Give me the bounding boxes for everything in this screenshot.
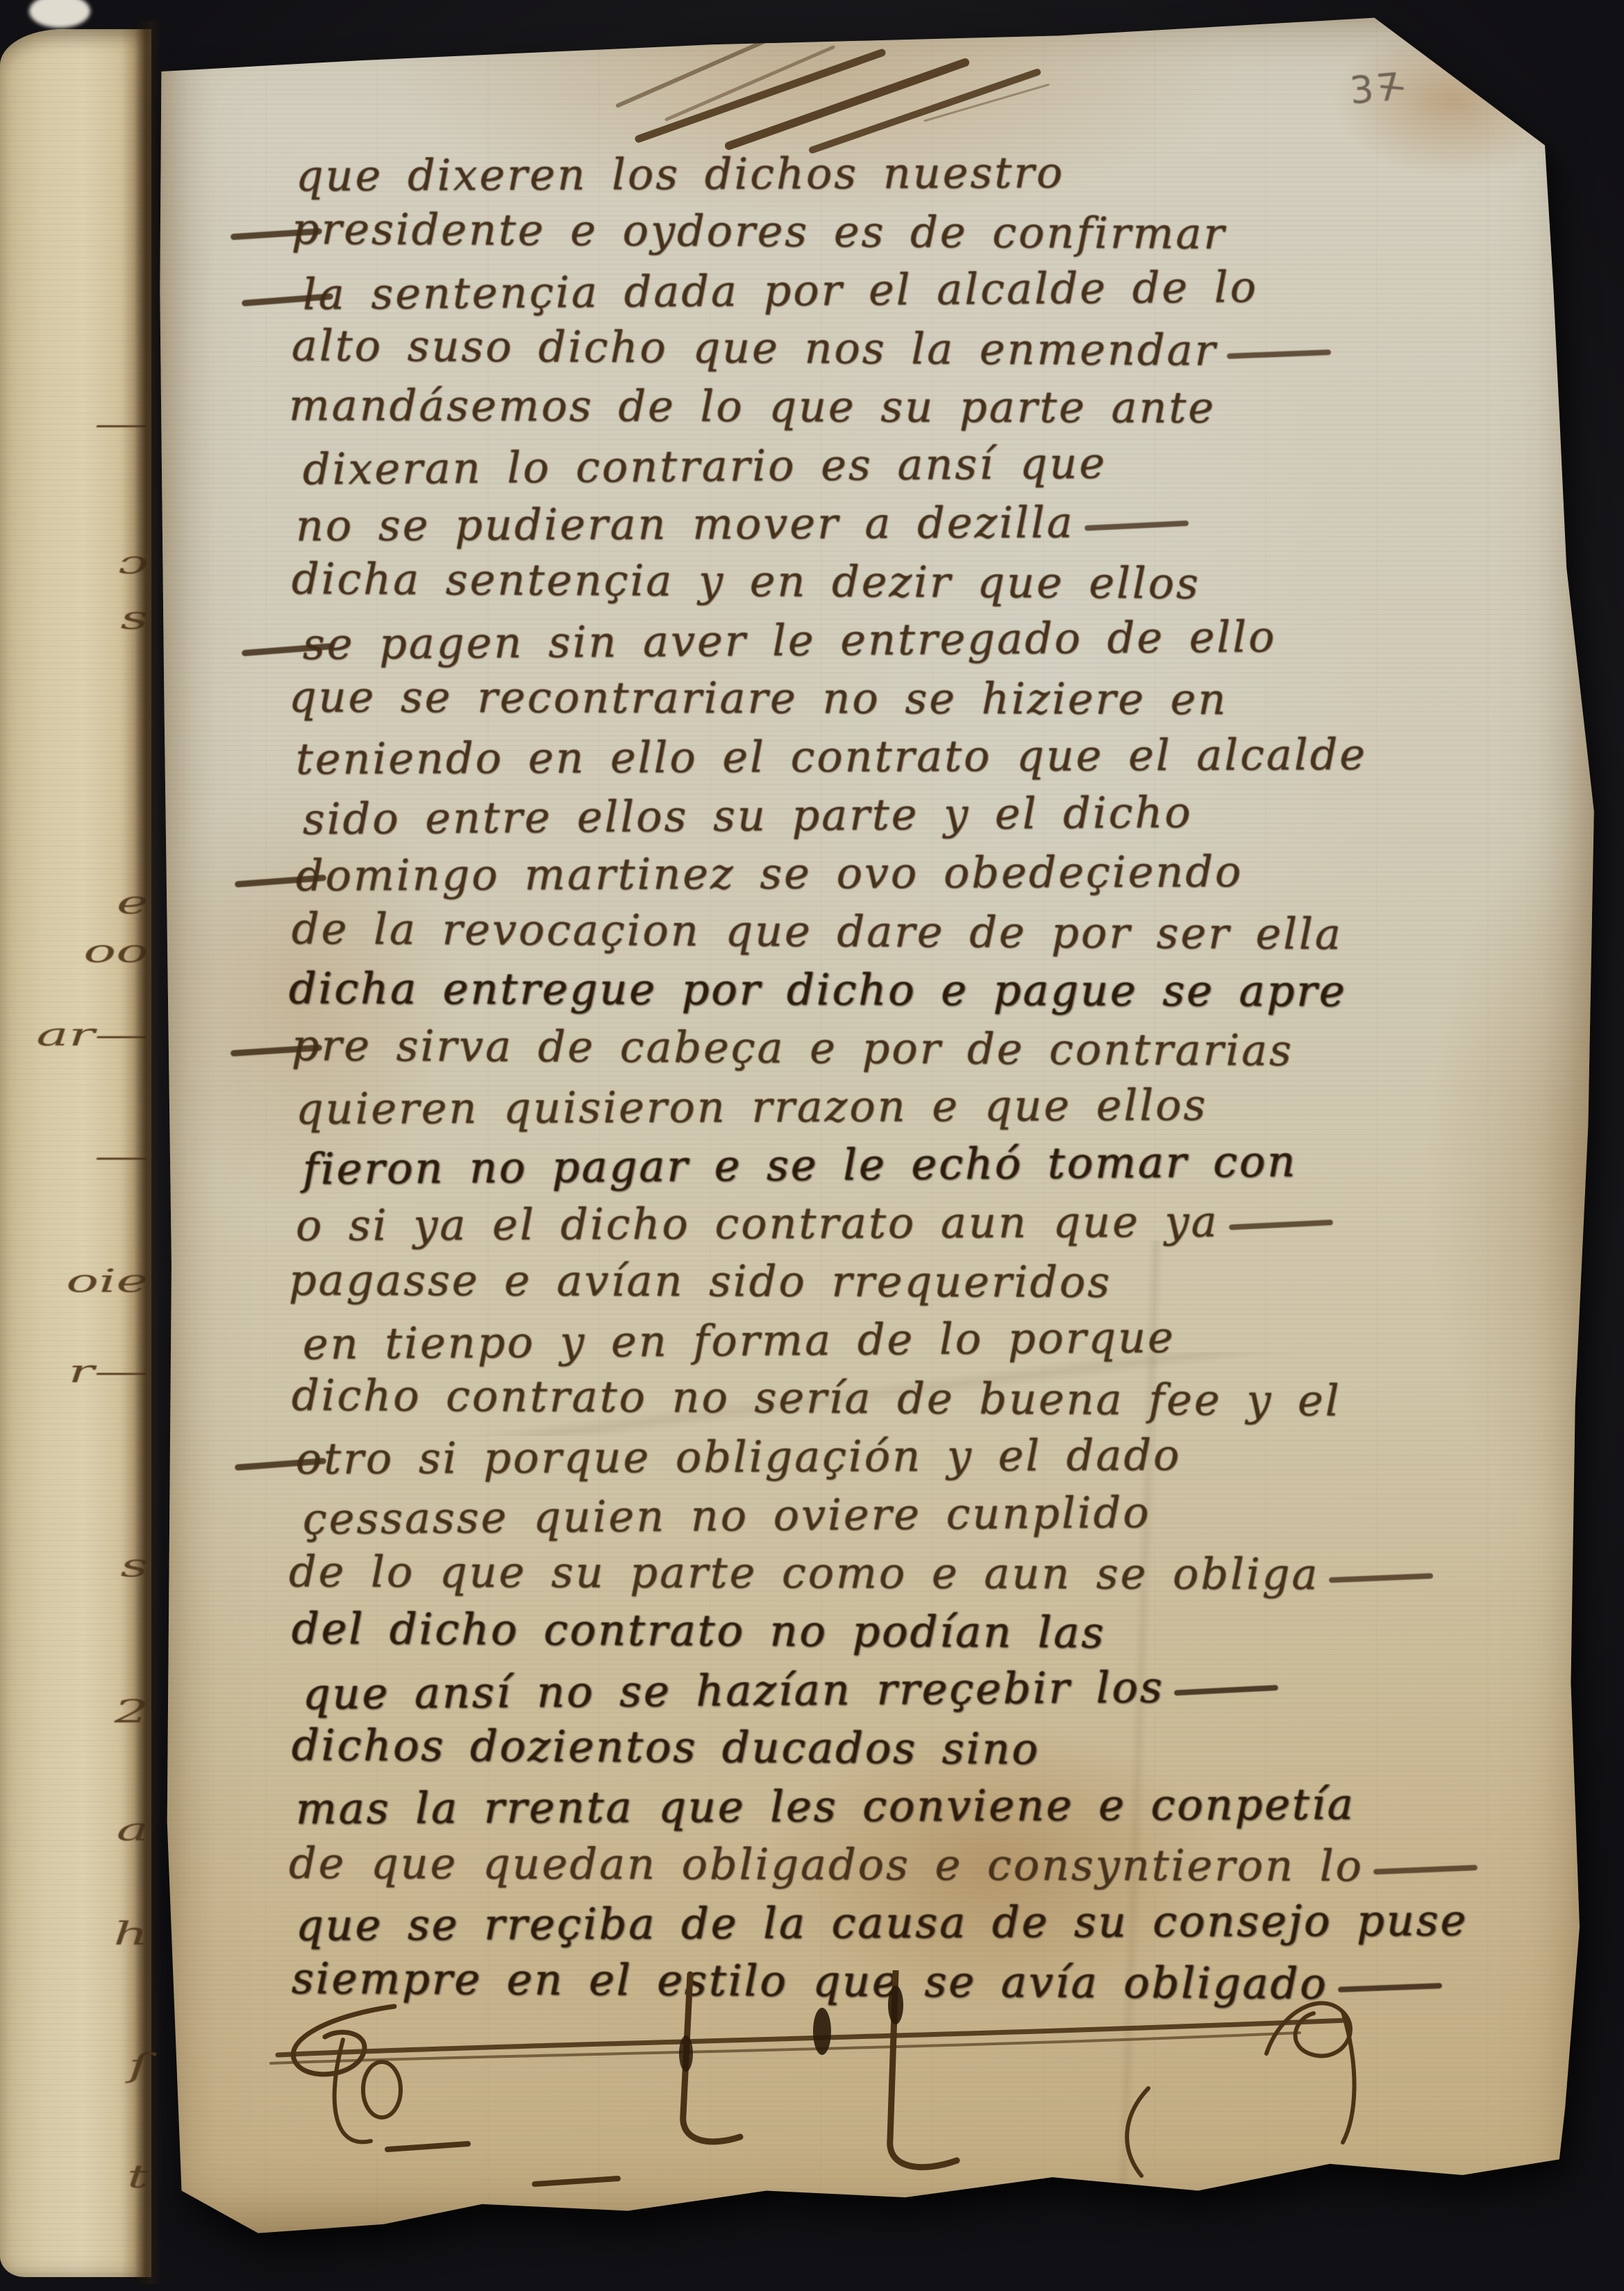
text-line: dichos dozientos ducados sino [292,1720,1409,1784]
text-line-content: domingo martinez se ovo obedeçiendo [296,846,1244,901]
line-tail-flourish [1084,520,1188,530]
text-line-content: fieron no pagar e se le echó tomar con [303,1136,1298,1194]
text-line-content: alto suso dicho que nos la enmendar [292,320,1218,376]
facing-page-fragment: — [94,1140,149,1172]
text-line: que dixeren los dichos nuestro [296,145,1414,208]
diagonal-cancellation-marks-icon [598,17,1057,156]
text-line-content: de lo que su parte como e aun se obliga [289,1546,1320,1600]
facing-page-fragment: 2 [114,1695,149,1727]
facing-page-fragment: t [127,2160,149,2192]
text-line-content: del dicho contrato no podían las [292,1603,1106,1658]
text-line-content: mas la rrenta que les conviene e conpetí… [296,1779,1355,1834]
folio-number: 37 [1348,65,1405,112]
text-line-content: la sentençia dada por el alcalde de lo [303,261,1258,319]
text-line-content: çessasse quien no oviere cunplido [303,1487,1151,1545]
facing-page-fragment: h [114,1917,149,1949]
facing-page-edge: —ɔseooar——oier—s2ahſt [0,29,151,2277]
facing-page-fragment: a [116,1813,149,1845]
text-line: pagasse e avían sido rrequeridos [289,1254,1407,1316]
line-tail-flourish [1329,1573,1433,1583]
facing-page-fragment: s [121,1550,149,1581]
text-line-content: se pagen sin aver le entregado de ello [303,611,1277,669]
facing-page-fragment: oie [67,1265,149,1297]
facing-page-fragment: — [94,408,149,439]
text-line: domingo martinez se ovo obedeçiendo [296,845,1414,908]
text-line-content: mandásemos de lo que su parte ante [289,380,1216,433]
text-line-content: de que quedan obligados e consyntieron l… [289,1838,1364,1891]
text-line: en tienpo y en forma de lo porque [303,1310,1421,1377]
text-line: o si ya el dicho contrato aun que ya [296,1195,1414,1258]
text-block: que dixeren los dichos nuestropresidente… [292,148,1409,2014]
text-line: que se rreçiba de la causa de su consejo… [296,1895,1414,1958]
text-line: pre sirva de cabeça e por de contrarias [292,1020,1409,1084]
text-line-content: en tienpo y en forma de lo porque [303,1311,1175,1369]
text-line: de lo que su parte como e aun se obliga [289,1546,1407,1607]
line-tail-flourish [1373,1865,1477,1874]
text-line: alto suso dicho que nos la enmendar [292,320,1409,384]
text-line: dicha entregue por dicho e pague se apre [289,963,1407,1024]
ink-blot [679,2036,693,2072]
text-line: del dicho contrato no podían las [292,1603,1409,1667]
text-line-content: dicha entregue por dicho e pague se apre [289,963,1347,1016]
manuscript-page: 37 que dixeren los dichos nuestropreside… [154,11,1598,2247]
facing-page-fragment: r— [68,1355,149,1387]
text-line-content: no se pudieran mover a dezilla [296,497,1075,551]
text-line: mas la rrenta que les conviene e conpetí… [296,1778,1414,1841]
paper-surface: 37 que dixeren los dichos nuestropreside… [154,11,1598,2247]
text-line-content: que ansí no se hazían rreçebir los [303,1661,1164,1719]
text-line: quieren quisieron rrazon e que ellos [296,1078,1414,1141]
text-line-content: dicha sentençia y en dezir que ellos [292,553,1200,609]
cotton-fiber [29,0,90,28]
text-line: que ansí no se hazían rreçebir los [303,1660,1421,1727]
text-line: otro si porque obligaçión y el dado [296,1428,1414,1491]
ink-blot [813,2008,831,2055]
text-line: se pagen sin aver le entregado de ello [303,610,1421,678]
text-line-content: que se rreçiba de la causa de su consejo… [296,1895,1468,1950]
text-line: teniendo en ello el contrato que el alca… [296,728,1414,791]
line-tail-flourish [1228,1220,1332,1230]
text-line-content: pagasse e avían sido rrequeridos [289,1254,1112,1307]
text-line: que se recontrariare no se hiziere en [289,671,1407,732]
text-line-content: dixeran lo contrario es ansí que [303,437,1107,494]
text-line: dicho contrato no sería de buena fee y e… [292,1370,1409,1434]
text-line-content: quieren quisieron rrazon e que ellos [296,1080,1208,1134]
facing-page-fragment: s [121,602,149,634]
text-line-content: teniendo en ello el contrato que el alca… [296,729,1367,784]
text-line-content: pre sirva de cabeça e por de contrarias [292,1020,1294,1076]
text-line-content: presidente e oydores es de confirmar [292,203,1226,259]
facing-page-fragment: ɔ [118,546,149,578]
facing-page-fragment: oo [83,935,149,967]
text-line: sido entre ellos su parte y el dicho [303,785,1421,853]
text-line-content: de la revocaçion que dare de por ser ell… [292,903,1343,959]
manuscript-photo: —ɔseooar——oier—s2ahſt 37 [0,0,1624,2291]
text-line-content: dicho contrato no sería de buena fee y e… [292,1370,1341,1426]
text-line: fieron no pagar e se le echó tomar con [303,1135,1421,1202]
text-line-content: dichos dozientos ducados sino [292,1720,1040,1774]
ink-blot [888,1986,903,2024]
facing-page-fragment: ar— [36,1018,149,1050]
text-line-content: que dixeren los dichos nuestro [296,147,1064,201]
line-tail-flourish [1174,1685,1278,1696]
text-line: dicha sentençia y en dezir que ellos [292,553,1409,617]
text-line-content: o si ya el dicho contrato aun que ya [296,1196,1219,1251]
text-line: çessasse quien no oviere cunplido [303,1485,1421,1552]
text-line-content: que se recontrariare no se hiziere en [289,671,1228,725]
facing-page-fragment: e [117,887,149,918]
text-line: mandásemos de lo que su parte ante [289,380,1407,441]
text-line-content: otro si porque obligaçión y el dado [296,1429,1182,1484]
text-line: la sentençia dada por el alcalde de lo [303,260,1421,328]
text-line: de la revocaçion que dare de por ser ell… [292,903,1409,967]
text-line: presidente e oydores es de confirmar [292,203,1409,267]
text-line-content: sido entre ellos su parte y el dicho [303,787,1193,844]
text-line: no se pudieran mover a dezilla [296,495,1414,558]
closing-rubric-flourish [258,1970,1439,2213]
text-line: dixeran lo contrario es ansí que [303,435,1421,503]
facing-page-fragment: ſ [128,2049,149,2081]
line-tail-flourish [1227,349,1331,359]
text-line: de que quedan obligados e consyntieron l… [289,1838,1407,1899]
